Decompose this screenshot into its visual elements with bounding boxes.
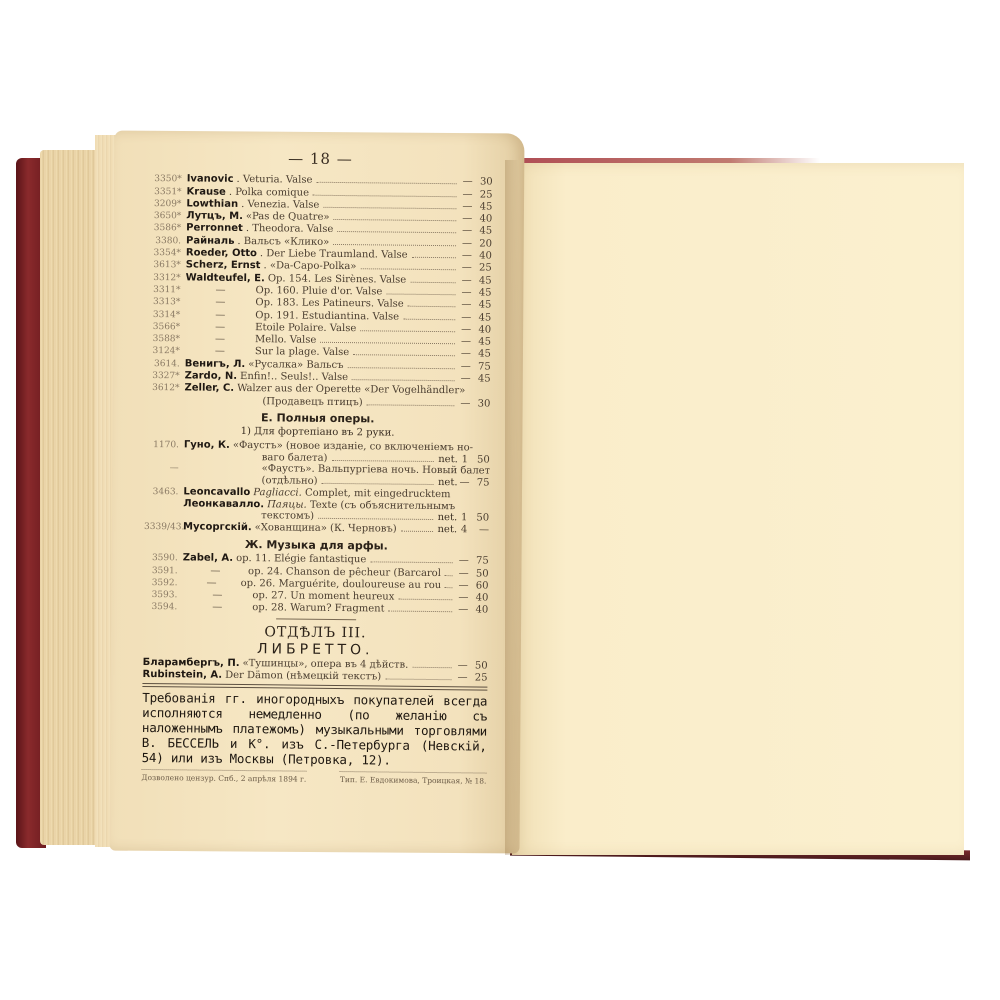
price-kopecks: 45 bbox=[473, 349, 491, 360]
printer-note: Тип. Е. Евдокимова, Троицкая, № 18. bbox=[340, 771, 487, 787]
work-title: Mello. Valse bbox=[255, 334, 316, 346]
price-rubles: — bbox=[460, 238, 474, 249]
composer-name: Waldteufel, E. bbox=[186, 272, 265, 284]
price-kopecks: 40 bbox=[473, 324, 491, 335]
price-rubles: — bbox=[460, 201, 474, 212]
spine-shadow bbox=[505, 160, 519, 855]
harp-list: 3590.Zabel, A. op. 11. Elégie fantastiqu… bbox=[143, 552, 489, 617]
composer-name: Roeder, Otto bbox=[186, 247, 257, 259]
composer-name: Гуно, К. bbox=[184, 439, 230, 451]
price-kopecks: 25 bbox=[469, 672, 487, 683]
work-title: . Theodora. Valse bbox=[246, 224, 334, 236]
leader-dots bbox=[347, 367, 454, 369]
catalog-number: 3339/43. bbox=[144, 522, 178, 534]
composer-name: Лутцъ, М. bbox=[186, 211, 243, 223]
price-kopecks: 45 bbox=[473, 312, 491, 323]
leader-dots bbox=[389, 611, 453, 613]
composer-name: Райналь bbox=[186, 235, 235, 247]
composer-name: Leoncavallo bbox=[183, 486, 250, 498]
work-title: . Venezia. Valse bbox=[241, 199, 319, 211]
double-rule bbox=[142, 683, 487, 691]
price-kopecks: 60 bbox=[470, 580, 488, 591]
leader-dots bbox=[410, 281, 455, 282]
section-e-subheading: 1) Для фортепіано въ 2 руки. bbox=[145, 425, 490, 440]
catalog-number: 3588* bbox=[146, 334, 180, 346]
divider bbox=[276, 618, 356, 620]
price-rubles: — bbox=[456, 580, 470, 591]
price-kopecks: 40 bbox=[474, 250, 492, 261]
catalog-number: 3314* bbox=[146, 310, 180, 322]
price-rubles: — bbox=[456, 605, 470, 616]
leader-dots bbox=[316, 182, 456, 184]
leader-dots bbox=[398, 599, 452, 601]
catalog-number: 3350* bbox=[148, 174, 182, 186]
composer-name: Zardo, N. bbox=[185, 370, 238, 382]
price-rubles: — bbox=[460, 213, 474, 224]
price-rubles: — bbox=[457, 478, 471, 489]
net-label: net. bbox=[438, 454, 458, 466]
price-rubles: — bbox=[459, 373, 473, 384]
catalog-number: 3586* bbox=[147, 223, 181, 235]
catalog-number: 3354* bbox=[147, 248, 181, 260]
work-title: Etoile Polaire. Valse bbox=[255, 322, 356, 334]
work-title: Op. 191. Estudiantina. Valse bbox=[255, 310, 399, 323]
leader-dots bbox=[352, 379, 455, 381]
work-title: Sur la plage. Valse bbox=[255, 347, 349, 359]
catalog-number: — bbox=[145, 463, 179, 475]
price-kopecks: 45 bbox=[474, 226, 492, 237]
waltz-list: 3350*Ivanovic. Veturia. Valse—303351*Kra… bbox=[145, 173, 492, 409]
price-rubles: 1 bbox=[458, 454, 472, 465]
price-rubles: — bbox=[459, 361, 473, 372]
composer-name: Lowthian bbox=[186, 198, 238, 210]
work-title: . Veturia. Valse bbox=[237, 174, 313, 186]
price-kopecks: 25 bbox=[474, 263, 492, 274]
right-page-blank bbox=[512, 163, 964, 855]
work-title: op. 27. Un moment heureux bbox=[252, 590, 394, 603]
price-kopecks: 50 bbox=[470, 661, 488, 672]
leader-dots bbox=[367, 404, 455, 406]
leader-dots bbox=[370, 562, 452, 564]
catalog-number: 3613* bbox=[147, 260, 181, 272]
price-kopecks: 50 bbox=[472, 454, 490, 465]
leader-dots bbox=[408, 306, 456, 307]
leader-dots bbox=[318, 518, 434, 520]
price-rubles: — bbox=[457, 555, 471, 566]
price-rubles: — bbox=[459, 300, 473, 311]
leader-dots bbox=[401, 530, 434, 531]
work-title: ваго балета) bbox=[262, 452, 328, 464]
leader-dots bbox=[445, 575, 453, 576]
section-zh-heading: Ж. Музыка для арфы. bbox=[144, 538, 489, 553]
leader-dots bbox=[313, 194, 457, 197]
price-rubles: — bbox=[460, 250, 474, 261]
catalog-number: 3593. bbox=[143, 590, 177, 602]
composer-name: Леонкавалло. bbox=[183, 498, 264, 510]
composer-name: Ivanovic bbox=[187, 174, 234, 186]
price-kopecks: 75 bbox=[471, 478, 489, 489]
price-rubles: — bbox=[456, 661, 470, 672]
price-kopecks: 45 bbox=[474, 201, 492, 212]
ditto-mark: — bbox=[182, 589, 252, 601]
price-kopecks: 45 bbox=[473, 373, 491, 384]
leader-dots bbox=[444, 587, 452, 588]
ditto-mark: — bbox=[185, 284, 255, 296]
catalog-number: 3612* bbox=[145, 383, 179, 395]
catalog-number: 3380. bbox=[147, 236, 181, 248]
indent-spacer bbox=[184, 483, 262, 484]
work-title: op. 28. Warum? Fragment bbox=[252, 603, 385, 616]
ditto-mark: — bbox=[185, 321, 255, 333]
page-content: — 18 — 3350*Ivanovic. Veturia. Valse—303… bbox=[141, 152, 493, 787]
price-rubles: — bbox=[460, 275, 474, 286]
work-title: «Pas de Quatre» bbox=[246, 211, 330, 223]
price-kopecks: 40 bbox=[470, 592, 488, 603]
indent-spacer bbox=[183, 518, 261, 519]
work-title: . Polka comique bbox=[229, 186, 309, 198]
catalog-number: 3312* bbox=[147, 273, 181, 285]
work-title: op. 11. Elégie fantastique bbox=[236, 553, 366, 566]
work-title: (отдѣльно) bbox=[261, 476, 317, 488]
censor-note: Дозволено цензур. Спб., 2 апрѣля 1894 г. bbox=[141, 769, 306, 785]
catalog-number: 3590. bbox=[144, 553, 178, 565]
ditto-mark: — bbox=[185, 346, 255, 358]
work-title: Op. 183. Les Patineurs. Valse bbox=[255, 297, 403, 310]
libretto-heading: ЛИБРЕТТО. bbox=[143, 643, 488, 658]
work-title: . «Da-Capo-Polka» bbox=[263, 261, 356, 273]
catalog-number: 3566* bbox=[146, 322, 180, 334]
catalog-number: 3463. bbox=[144, 487, 178, 499]
catalog-number: 3650* bbox=[147, 211, 181, 223]
work-title: Pagliacci. Complet, mit eingedrucktem bbox=[253, 487, 450, 500]
price-rubles: — bbox=[459, 312, 473, 323]
price-kopecks: 45 bbox=[473, 287, 491, 298]
composer-name: Zeller, C. bbox=[184, 383, 234, 395]
net-label: net. bbox=[438, 477, 458, 489]
leader-dots bbox=[331, 460, 434, 462]
work-title: . Вальсъ «Клико» bbox=[237, 236, 329, 248]
work-title: Walzer aus der Operette «Der Vogelhändle… bbox=[237, 383, 465, 397]
composer-name: Венигъ, Л. bbox=[185, 358, 246, 370]
leader-dots bbox=[322, 483, 434, 485]
price-rubles: 4 bbox=[457, 524, 471, 535]
price-kopecks: 30 bbox=[475, 177, 493, 188]
work-title: «Хованщина» (К. Черновъ) bbox=[255, 522, 397, 535]
catalog-number: 1170. bbox=[145, 440, 179, 452]
work-title: . Der Liebe Traumland. Valse bbox=[260, 248, 408, 261]
composer-name: Scherz, Ernst bbox=[186, 260, 261, 272]
composer-name: Мусоргскій. bbox=[183, 521, 252, 533]
section-e-heading: Е. Полныя оперы. bbox=[145, 411, 490, 426]
order-notice: Требованія гг. иногородныхъ покупателей … bbox=[142, 690, 488, 769]
catalog-number: 3594. bbox=[143, 602, 177, 614]
leader-dots bbox=[385, 678, 451, 680]
ditto-mark: — bbox=[182, 577, 240, 589]
catalog-row: (Продавецъ птицъ)—30 bbox=[145, 395, 490, 410]
leader-dots bbox=[333, 219, 456, 221]
composer-name: Zabel, A. bbox=[183, 553, 233, 565]
price-rubles: — bbox=[459, 349, 473, 360]
price-kopecks: 25 bbox=[475, 189, 493, 200]
catalog-row: 3594.—op. 28. Warum? Fragment—40 bbox=[143, 601, 488, 617]
work-title: Op. 154. Les Sirènes. Valse bbox=[268, 273, 407, 286]
catalog-number: 3351* bbox=[148, 187, 182, 199]
work-title: «Русалка» Вальсъ bbox=[248, 359, 343, 371]
leader-dots bbox=[360, 269, 455, 271]
price-kopecks: 75 bbox=[473, 361, 491, 372]
price-rubles: — bbox=[459, 324, 473, 335]
catalog-number: 3327* bbox=[146, 371, 180, 383]
price-kopecks: 45 bbox=[474, 275, 492, 286]
work-title: текстомъ) bbox=[261, 511, 314, 523]
indent-spacer bbox=[184, 471, 262, 472]
work-title: Op. 160. Pluie d'or. Valse bbox=[255, 285, 382, 298]
leader-dots bbox=[412, 667, 451, 668]
leader-dots bbox=[337, 231, 456, 233]
catalog-number: 3592. bbox=[143, 578, 177, 590]
catalog-row: Rubinstein, A. Der Dämon (нѣмецкій текст… bbox=[142, 669, 487, 684]
leader-dots bbox=[323, 207, 456, 209]
price-kopecks: 20 bbox=[474, 238, 492, 249]
price-rubles: — bbox=[461, 189, 475, 200]
leader-dots bbox=[403, 318, 455, 320]
work-title: op. 24. Chanson de pêcheur (Barcarolle) bbox=[248, 566, 441, 579]
catalog-number: 3209* bbox=[147, 199, 181, 211]
price-kopecks: 30 bbox=[472, 398, 490, 409]
price-kopecks: 50 bbox=[471, 513, 489, 524]
catalog-number: 3591. bbox=[144, 565, 178, 577]
price-rubles: 1 bbox=[457, 513, 471, 524]
net-label: net. bbox=[437, 524, 457, 536]
indent-spacer bbox=[184, 459, 262, 460]
price-kopecks: 45 bbox=[473, 337, 491, 348]
price-rubles: — bbox=[461, 177, 475, 188]
indent-spacer bbox=[184, 403, 262, 404]
catalog-number: 3614. bbox=[146, 359, 180, 371]
net-label: net. bbox=[438, 512, 458, 524]
ditto-mark: — bbox=[183, 565, 249, 577]
work-title: (Продавецъ птицъ) bbox=[262, 396, 362, 408]
libretto-list: Бларамбергъ, П. «Тушинцы», опера въ 4 дѣ… bbox=[142, 657, 487, 683]
leader-dots bbox=[360, 330, 455, 332]
price-rubles: — bbox=[459, 336, 473, 347]
ditto-mark: — bbox=[185, 309, 255, 321]
work-title-italic: Паяцы. bbox=[267, 499, 307, 510]
work-title: «Фаустъ». Вальпургіева ночь. Новый балет… bbox=[262, 463, 490, 477]
price-rubles: — bbox=[460, 263, 474, 274]
leader-dots bbox=[353, 355, 455, 357]
price-rubles: — bbox=[455, 672, 469, 683]
price-rubles: — bbox=[457, 568, 471, 579]
price-rubles: — bbox=[458, 398, 472, 409]
price-kopecks: 75 bbox=[471, 556, 489, 567]
price-rubles: — bbox=[456, 592, 470, 603]
work-title: Der Dämon (нѣмецкій текстъ) bbox=[225, 669, 381, 682]
page-number: — 18 — bbox=[148, 152, 493, 167]
work-title: Enfin!.. Seuls!.. Valse bbox=[240, 371, 348, 383]
catalog-number: 3124* bbox=[146, 346, 180, 358]
ditto-mark: — bbox=[185, 334, 255, 346]
work-title: op. 26. Marguérite, douloureuse au rouet… bbox=[241, 578, 441, 591]
price-kopecks: 45 bbox=[473, 300, 491, 311]
composer-name: Rubinstein, A. bbox=[142, 669, 222, 681]
catalog-number: 3311* bbox=[146, 285, 180, 297]
price-kopecks: 40 bbox=[474, 214, 492, 225]
catalog-number: 3313* bbox=[146, 297, 180, 309]
opera-list: 1170.Гуно, К. «Фаустъ» (новое изданіе, с… bbox=[144, 439, 490, 537]
leader-dots bbox=[386, 293, 455, 295]
work-title-italic: Pagliacci. bbox=[253, 487, 302, 499]
composer-name: Perronnet bbox=[186, 223, 243, 235]
price-kopecks: 40 bbox=[470, 605, 488, 616]
ditto-mark: — bbox=[185, 297, 255, 309]
ditto-mark: — bbox=[182, 602, 252, 614]
price-rubles: — bbox=[460, 226, 474, 237]
price-kopecks: 50 bbox=[471, 568, 489, 579]
leader-dots bbox=[333, 244, 456, 246]
composer-name: Krause bbox=[187, 186, 226, 198]
catalog-row: 3339/43.Мусоргскій. «Хованщина» (К. Черн… bbox=[144, 521, 489, 537]
department-heading: ОТДѢЛЪ III. bbox=[143, 626, 488, 641]
price-rubles: — bbox=[459, 287, 473, 298]
leader-dots bbox=[412, 257, 456, 258]
leader-dots bbox=[320, 342, 455, 344]
price-kopecks: — bbox=[471, 524, 489, 535]
